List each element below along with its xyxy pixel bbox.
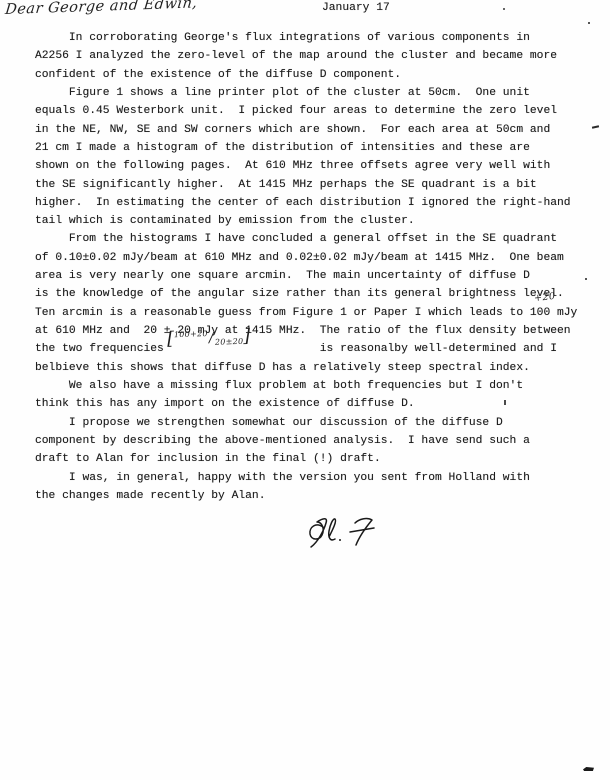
handwritten-signature	[298, 510, 390, 561]
letter-line: of 0.10±0.02 mJy/beam at 610 MHz and 0.0…	[35, 249, 595, 267]
letter-line: From the histograms I have concluded a g…	[35, 230, 595, 248]
letter-line: A2256 I analyzed the zero-level of the m…	[35, 47, 595, 65]
flux-ratio-numerator: 100+20	[174, 329, 208, 339]
letter-line: 21 cm I made a histogram of the distribu…	[35, 139, 595, 157]
scan-speck	[504, 400, 506, 405]
letter-line: Figure 1 shows a line printer plot of th…	[35, 84, 595, 102]
letter-line: the two frequencies is reasonalby well-d…	[35, 340, 595, 358]
handwritten-flux-ratio: [ 100+20 / 20±20 ]	[167, 328, 251, 349]
scan-speck	[588, 22, 590, 24]
signature-scribble	[298, 510, 390, 556]
letter-line: in the NE, NW, SE and SW corners which a…	[35, 121, 595, 139]
letter-line: tail which is contaminated by emission f…	[35, 212, 595, 230]
letter-line: the changes made recently by Alan.	[35, 487, 595, 505]
scan-speck	[592, 125, 599, 128]
letter-line: think this has any import on the existen…	[35, 395, 595, 413]
scan-speck	[503, 8, 505, 10]
letter-line: Ten arcmin is a reasonable guess from Fi…	[35, 304, 595, 322]
flux-ratio-denominator: 20±20	[215, 336, 244, 346]
bracket-close: ]	[243, 328, 251, 346]
letter-line: the SE significantly higher. At 1415 MHz…	[35, 176, 595, 194]
handwritten-greeting: Dear George and Edwin,	[4, 0, 198, 18]
letter-line: We also have a missing flux problem at b…	[35, 377, 595, 395]
handwritten-plus20-correction: +20	[533, 291, 556, 304]
letter-line: is the knowledge of the angular size rat…	[35, 285, 595, 303]
letter-line: draft to Alan for inclusion in the final…	[35, 450, 595, 468]
letter-line: higher. In estimating the center of each…	[35, 194, 595, 212]
letter-line: component by describing the above-mentio…	[35, 432, 595, 450]
letter-page: January 17 Dear George and Edwin, In cor…	[0, 0, 610, 780]
letter-line: at 610 MHz and 20 ± 20 mJy at 1415 MHz. …	[35, 322, 595, 340]
letter-body: In corroborating George's flux integrati…	[35, 29, 595, 505]
letter-line: shown on the following pages. At 610 MHz…	[35, 157, 595, 175]
letter-line: I propose we strengthen somewhat our dis…	[35, 414, 595, 432]
scan-speck	[585, 278, 587, 280]
letter-line: belbieve this shows that diffuse D has a…	[35, 359, 595, 377]
letter-line: equals 0.45 Westerbork unit. I picked fo…	[35, 102, 595, 120]
letter-line: I was, in general, happy with the versio…	[35, 469, 595, 487]
letter-date: January 17	[322, 2, 390, 14]
letter-line: In corroborating George's flux integrati…	[35, 29, 595, 47]
scan-speck	[583, 767, 594, 771]
letter-line: confident of the existence of the diffus…	[35, 66, 595, 84]
letter-line: area is very nearly one square arcmin. T…	[35, 267, 595, 285]
